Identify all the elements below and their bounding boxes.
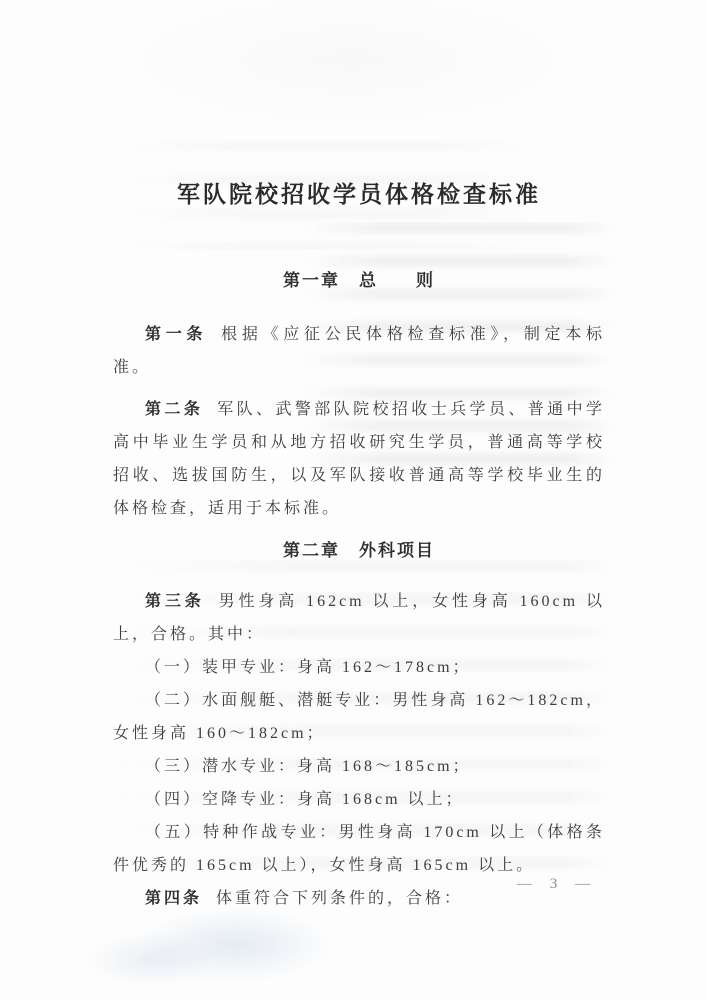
clause-item-3: （三）潜水专业：身高 168～185cm； xyxy=(113,750,605,783)
article-3-label: 第三条 xyxy=(145,593,205,610)
article-2: 第二条军队、武警部队院校招收士兵学员、普通中学高中毕业生学员和从地方招收研究生学… xyxy=(113,393,605,525)
clause-item-2: （二）水面舰艇、潜艇专业：男性身高 162～182cm，女性身高 160～182… xyxy=(113,684,605,750)
article-3: 第三条男性身高 162cm 以上，女性身高 160cm 以上，合格。其中： xyxy=(113,585,605,651)
article-4-label: 第四条 xyxy=(145,890,202,907)
clause-item-1: （一）装甲专业：身高 162～178cm； xyxy=(113,651,605,684)
article-1-label: 第一条 xyxy=(145,326,207,343)
document-title: 军队院校招收学员体格检查标准 xyxy=(113,180,605,210)
chapter-2-heading: 第二章 外科项目 xyxy=(113,540,605,562)
clause-item-4: （四）空降专业：身高 168cm 以上； xyxy=(113,783,605,816)
article-4-text: 体重符合下列条件的，合格： xyxy=(216,890,463,907)
article-2-text: 军队、武警部队院校招收士兵学员、普通中学高中毕业生学员和从地方招收研究生学员，普… xyxy=(113,401,605,517)
article-2-label: 第二条 xyxy=(145,401,203,418)
article-1: 第一条根据《应征公民体格检查标准》，制定本标准。 xyxy=(113,318,605,384)
clause-item-5: （五）特种作战专业：男性身高 170cm 以上（体格条件优秀的 165cm 以上… xyxy=(113,816,605,882)
page-number: — 3 — xyxy=(517,876,597,893)
document-content: 军队院校招收学员体格检查标准 第一章 总 则 第一条根据《应征公民体格检查标准》… xyxy=(113,0,605,915)
chapter-1-heading: 第一章 总 则 xyxy=(113,270,605,292)
scanned-document-page: 军队院校招收学员体格检查标准 第一章 总 则 第一条根据《应征公民体格检查标准》… xyxy=(0,0,707,1000)
